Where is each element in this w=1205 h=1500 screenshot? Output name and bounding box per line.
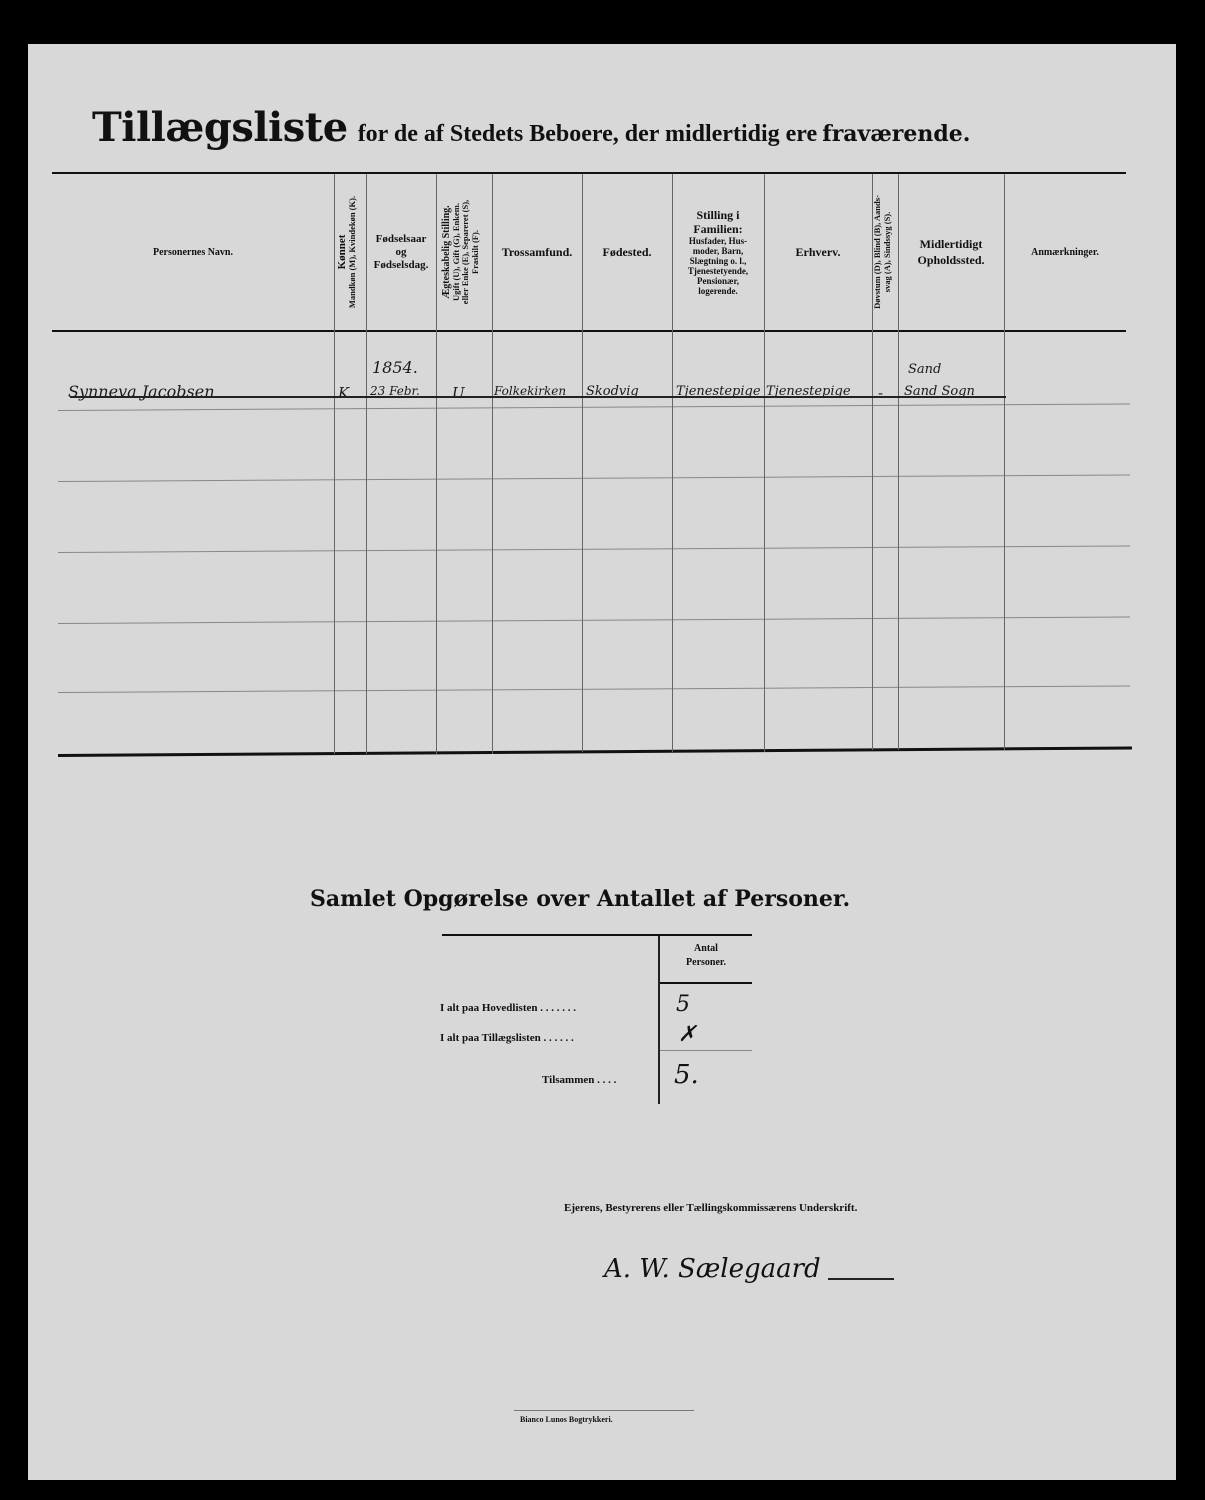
signature: A. W. Sælegaard (604, 1254, 821, 1284)
printer-name: Bianco Lunos Bogtrykkeri. (520, 1415, 613, 1424)
column-header-occupation: Erhverv. (764, 176, 872, 328)
summary-label-main-list: I alt paa Hovedlisten . . . . . . . (440, 1002, 576, 1014)
column-header-temp-residence: Midlertidigt Opholdssted. (898, 176, 1004, 328)
column-header-name: Personernes Navn. (52, 176, 334, 328)
summary-value-main-list: 5 (676, 992, 690, 1017)
cell-disability: - (878, 384, 883, 402)
summary-subtotal-rule (660, 1050, 752, 1051)
column-header-marital: Ægteskabelig Stilling. Ugift (U), Gift (… (442, 176, 486, 328)
summary-label-supplement-list: I alt paa Tillægslisten . . . . . . (440, 1032, 574, 1044)
title-main: Tillægsliste (92, 104, 348, 151)
column-divider (334, 174, 335, 754)
table-bottom-rule (58, 747, 1132, 757)
column-header-disability: Døvstum (D), Blind (B), Aands- svag (A),… (873, 176, 897, 328)
summary-top-rule (442, 934, 752, 936)
row-divider (58, 474, 1130, 482)
row-divider (58, 616, 1130, 624)
cell-birth-year: 1854. (372, 358, 418, 377)
summary-header-rule (660, 982, 752, 984)
table-header-bottom-rule (52, 330, 1126, 332)
strikethrough-line (70, 396, 1006, 398)
column-header-birthplace: Fødested. (582, 176, 672, 328)
title-emphasis: fraværende. (822, 121, 970, 147)
column-header-family-position: Stilling i Familien: Husfader, Hus- mode… (672, 176, 764, 328)
summary-label-total: Tilsammen . . . . (542, 1074, 616, 1086)
cell-name: Synneva Jacobsen (68, 382, 215, 401)
summary-count-header: Antal Personer. (660, 942, 752, 970)
row-divider (58, 545, 1130, 553)
column-header-religion: Trossamfund. (492, 176, 582, 328)
column-header-birth: Fødselsaar og Fødselsdag. (366, 176, 436, 328)
signature-label: Ejerens, Bestyrerens eller Tællingskommi… (564, 1202, 857, 1214)
summary-value-supplement-list: ✗ (678, 1022, 696, 1047)
signature-flourish (828, 1278, 894, 1280)
column-header-remarks: Anmærkninger. (1004, 176, 1126, 328)
cell-temp-residence-top: Sand (908, 362, 941, 377)
table-top-rule (52, 172, 1126, 174)
column-divider (436, 174, 437, 754)
cell-sex: K. (338, 384, 354, 402)
summary-title: Samlet Opgørelse over Antallet af Person… (310, 886, 850, 912)
summary-value-total: 5. (674, 1060, 699, 1090)
title-subtitle: for de af Stedets Beboere, der midlertid… (358, 121, 817, 147)
form-title: Tillægslistefor de af Stedets Beboere, d… (92, 104, 1132, 160)
printer-rule (514, 1410, 694, 1411)
row-divider (58, 403, 1130, 411)
column-header-sex: Kønnet Mandkøn (M), Kvindekøn (K). (338, 173, 362, 331)
census-form-page: Tillægslistefor de af Stedets Beboere, d… (28, 44, 1176, 1480)
row-divider (58, 685, 1130, 693)
cell-marital: U. (452, 384, 468, 402)
